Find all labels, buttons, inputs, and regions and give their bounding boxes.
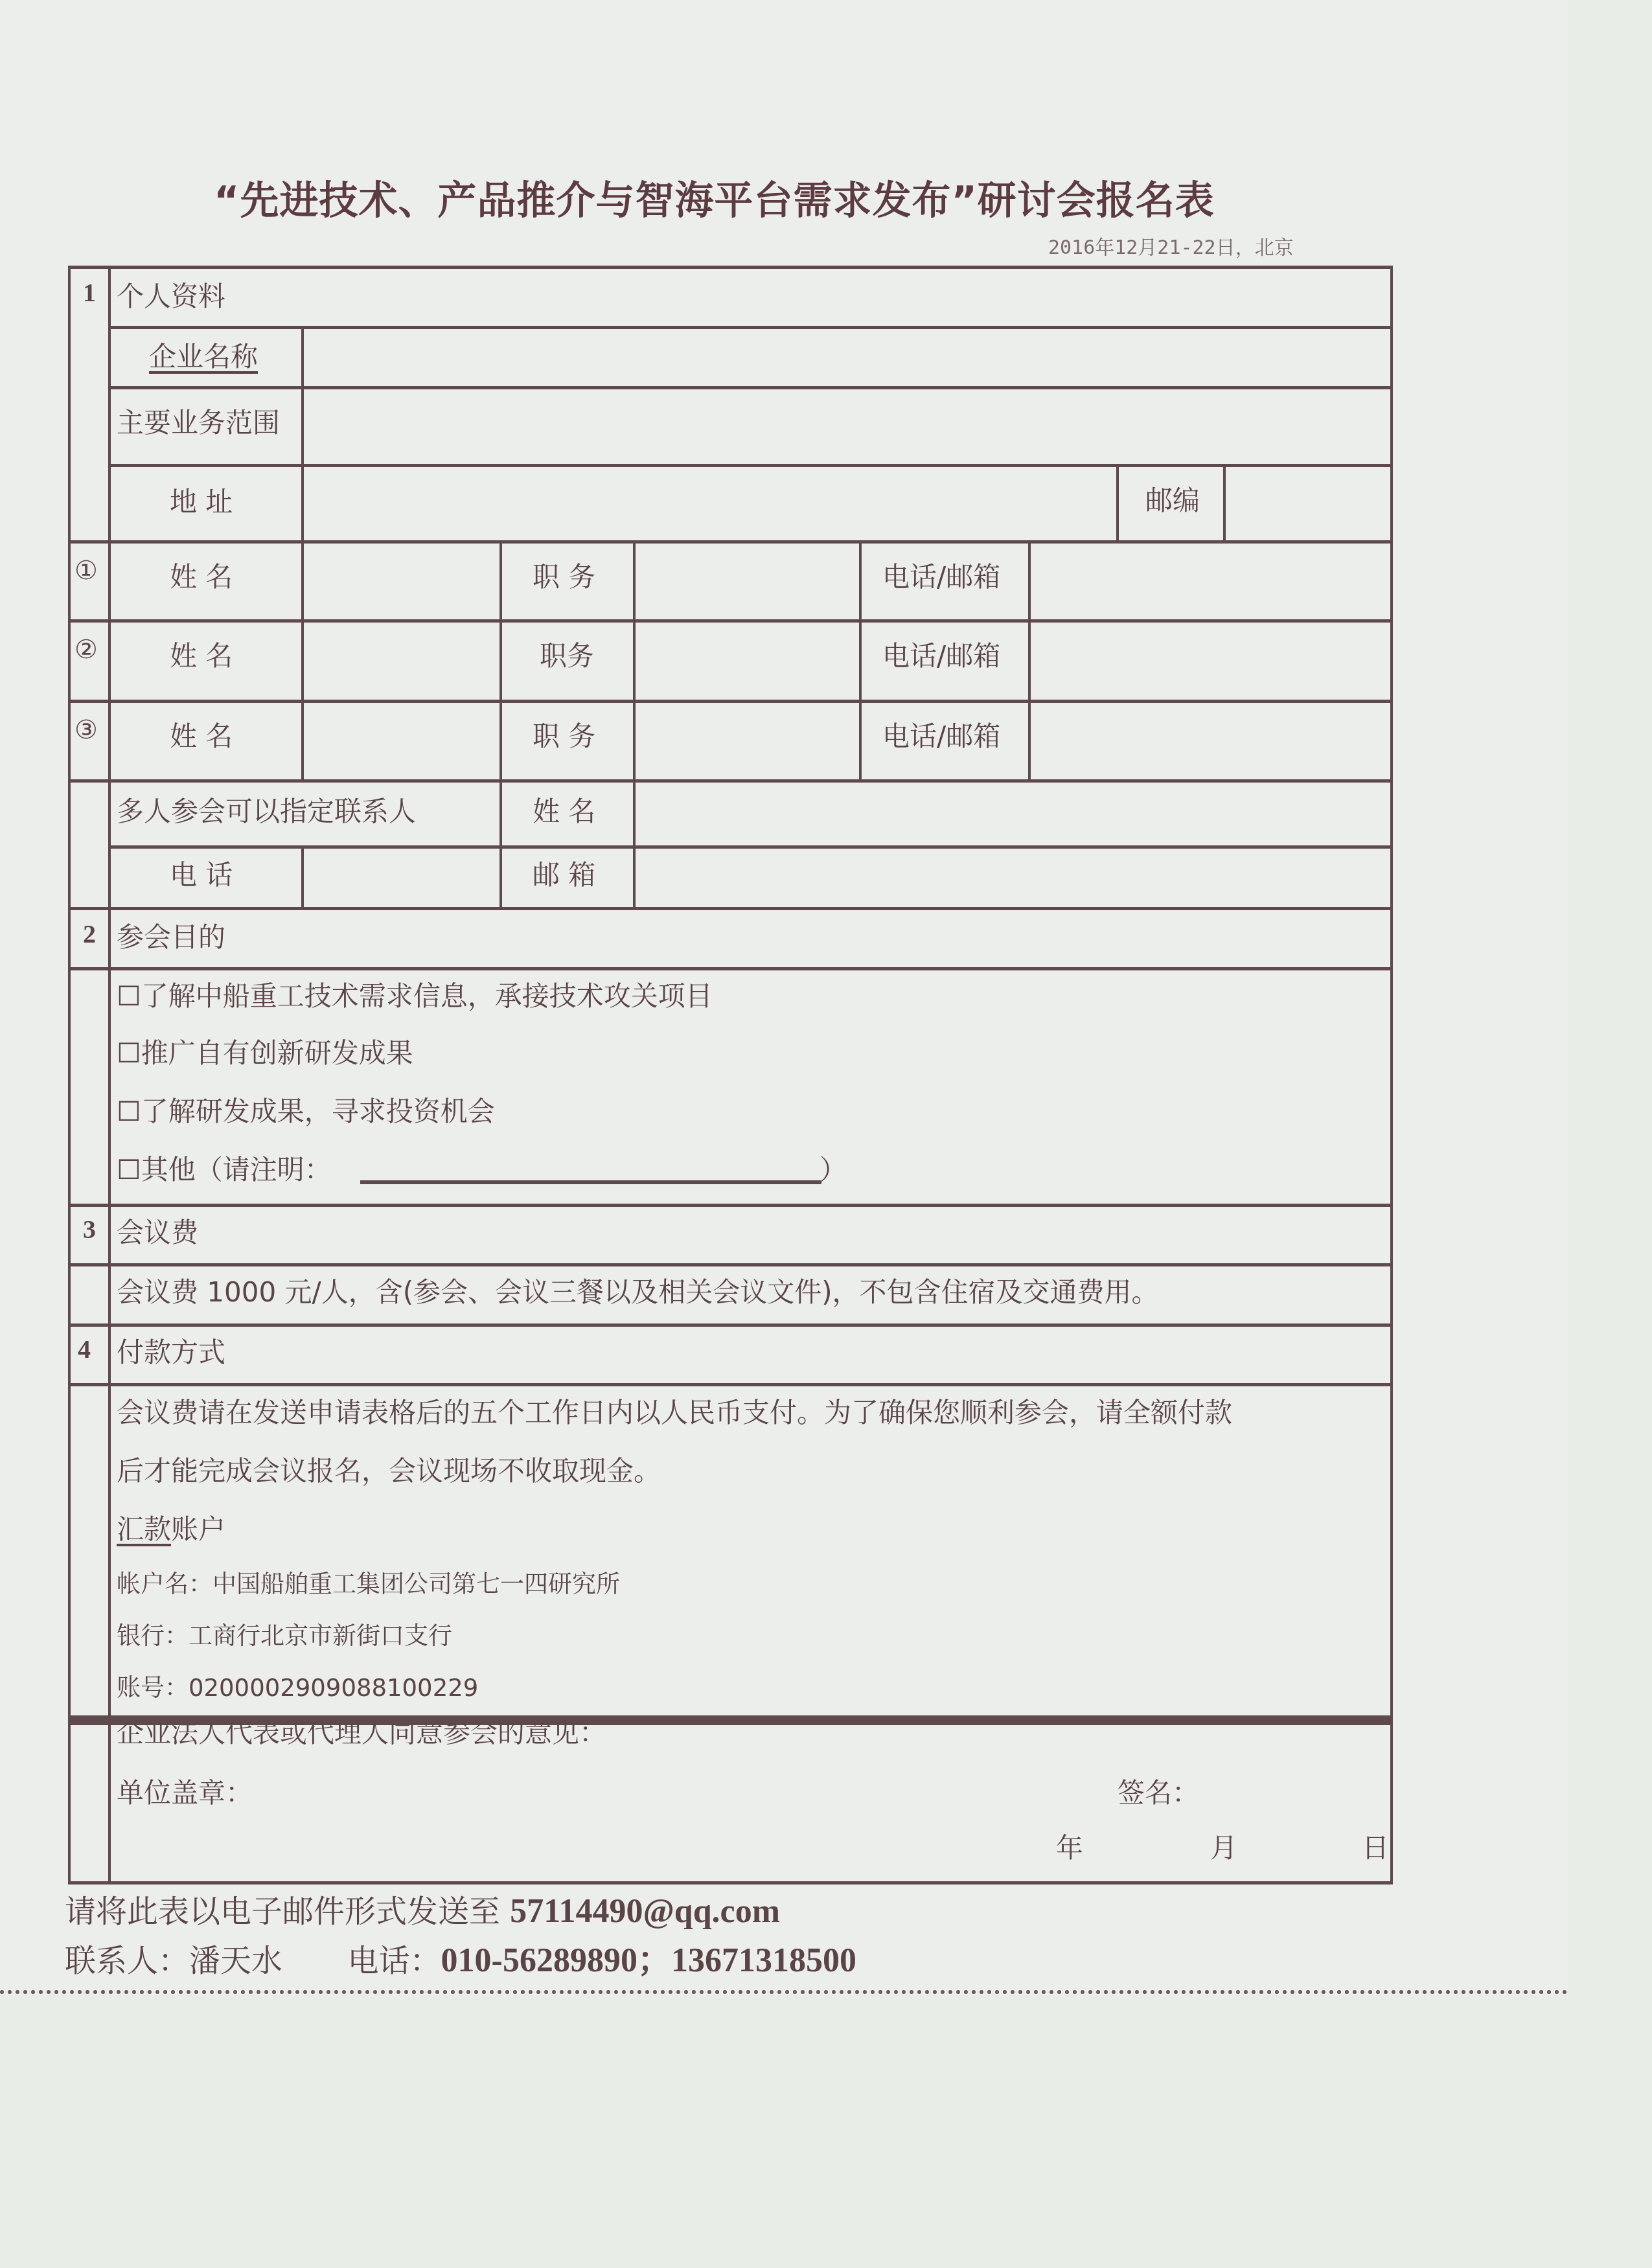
attendee-3-position-label: 职 务 (533, 715, 595, 754)
row-divider (68, 1323, 1393, 1327)
contact-line: 联系人：潘天水 电话：010-56289890；13671318500 (65, 1932, 856, 1981)
purpose-option-1[interactable]: ☐了解中船重工技术需求信息，承接技术攻关项目 (117, 975, 713, 1014)
table-bottom-border (68, 1881, 1393, 1884)
submit-instruction-text: 请将此表以电子邮件形式发送至 (65, 1894, 500, 1930)
attendee-2-marker: ② (75, 635, 98, 665)
section-3-number: 3 (83, 1214, 96, 1244)
section-3-heading: 会议费 (117, 1211, 198, 1250)
attendee-2-contact-label: 电话/邮箱 (882, 635, 1000, 674)
attendee-1-contact-field[interactable] (1031, 544, 1390, 618)
contact-phone-field[interactable] (304, 849, 499, 906)
signature-label: 签名： (1118, 1772, 1199, 1811)
contact-phones: 010-56289890；13671318500 (441, 1942, 856, 1979)
contact-phone-label: 电 话 (170, 854, 233, 893)
other-purpose-field[interactable] (360, 1180, 821, 1184)
attendee-1-name-label: 姓 名 (170, 556, 233, 595)
attendee-1-name-field[interactable] (304, 544, 499, 618)
attendee-label-divider (301, 540, 304, 779)
attendee-2-name-field[interactable] (304, 623, 499, 698)
checkbox-icon[interactable]: ☐ (117, 1037, 141, 1069)
perforation-edge (0, 1990, 1568, 1994)
attendee-1-position-field[interactable] (636, 544, 858, 618)
contact-name-field[interactable] (636, 783, 1390, 844)
postcode-field[interactable] (1226, 467, 1390, 540)
submit-email-link[interactable]: 57114490@qq.com (510, 1893, 780, 1930)
business-scope-label: 主要业务范围 (117, 402, 280, 441)
contact-name-label: 姓 名 (533, 790, 595, 829)
table-left-border (68, 266, 71, 1884)
remit-account-heading: 汇款账户 (117, 1508, 225, 1547)
attendee-1-contact-label: 电话/邮箱 (882, 556, 1000, 595)
section-2-heading: 参会目的 (117, 916, 225, 955)
payment-instructions-line-1: 会议费请在发送申请表格后的五个工作日内以人民币支付。为了确保您顺利参会，请全额付… (117, 1392, 1232, 1430)
table-top-border (68, 266, 1393, 269)
purpose-option-3[interactable]: ☐了解研发成果，寻求投资机会 (117, 1090, 495, 1129)
row-divider (68, 1383, 1393, 1386)
section-1-number: 1 (83, 277, 96, 308)
fee-description: 会议费 1000 元/人，含(参会、会议三餐以及相关会议文件)，不包含住宿及交通… (117, 1271, 1159, 1310)
number-column-divider (108, 266, 111, 1884)
attendee-2-position-label: 职务 (540, 635, 594, 674)
seal-label: 单位盖章： (117, 1772, 253, 1811)
contact-phone-divider (301, 845, 304, 907)
purpose-option-label: 其他（请注明： (141, 1154, 332, 1186)
postcode-label-left (1116, 464, 1119, 540)
attendee-3-name-field[interactable] (304, 703, 499, 778)
purpose-option-label: 推广自有创新研发成果 (141, 1037, 413, 1069)
date-month-label: 月 (1210, 1827, 1237, 1866)
company-name-field[interactable] (304, 329, 1390, 385)
purpose-option-label: 了解研发成果，寻求投资机会 (141, 1095, 495, 1127)
contact-person-note: 多人参会可以指定联系人 (117, 790, 416, 829)
purpose-option-2[interactable]: ☐推广自有创新研发成果 (117, 1032, 413, 1071)
attendee-3-marker: ③ (75, 715, 98, 745)
section-4-number: 4 (78, 1334, 91, 1364)
attendee-position-left (499, 540, 502, 910)
attendee-3-contact-label: 电话/邮箱 (882, 715, 1000, 754)
checkbox-icon[interactable]: ☐ (117, 1095, 141, 1127)
section-1-heading: 个人资料 (117, 275, 225, 314)
section-2-number: 2 (83, 919, 96, 949)
attendee-1-marker: ① (75, 556, 98, 586)
event-date-location: 2016年12月21-22日，北京 (1048, 231, 1294, 260)
attendee-3-name-label: 姓 名 (170, 715, 233, 754)
account-name: 帐户名：中国船舶重工集团公司第七一四研究所 (117, 1564, 620, 1599)
payment-instructions-line-2: 后才能完成会议报名，会议现场不收取现金。 (117, 1450, 661, 1489)
form-title: “先进技术、产品推介与智海平台需求发布”研讨会报名表 (214, 170, 1215, 225)
contact-person: 联系人：潘天水 (65, 1943, 282, 1979)
attendee-contact-left (859, 540, 862, 779)
attendee-position-right (633, 540, 636, 910)
checkbox-icon[interactable]: ☐ (117, 1154, 141, 1186)
row-divider (68, 967, 1393, 970)
attendee-contact-right (1028, 540, 1031, 779)
contact-email-field[interactable] (636, 849, 1390, 906)
business-scope-field[interactable] (304, 389, 1390, 463)
date-year-label: 年 (1056, 1827, 1083, 1866)
attendee-2-contact-field[interactable] (1031, 623, 1390, 698)
purpose-option-label: 了解中船重工技术需求信息，承接技术攻关项目 (141, 980, 713, 1012)
remit-heading-underlined: 汇款 (117, 1513, 171, 1545)
purpose-option-4[interactable]: ☐其他（请注明： (117, 1149, 332, 1187)
submit-instruction: 请将此表以电子邮件形式发送至 57114490@qq.com (65, 1886, 780, 1931)
label-column-divider (301, 326, 304, 540)
attendee-3-contact-field[interactable] (1031, 703, 1390, 778)
row-divider (68, 907, 1393, 910)
signature-field[interactable] (1199, 1765, 1386, 1804)
other-purpose-close-paren: ） (820, 1149, 847, 1187)
section-4-heading: 付款方式 (117, 1331, 225, 1370)
row-divider (68, 1263, 1393, 1266)
phone-label: 电话： (348, 1943, 441, 1979)
bank-name: 银行：工商行北京市新街口支行 (117, 1616, 452, 1651)
checkbox-icon[interactable]: ☐ (117, 980, 141, 1012)
date-day-label: 日 (1362, 1827, 1389, 1866)
attendee-2-position-field[interactable] (636, 623, 858, 698)
contact-email-label: 邮 箱 (533, 854, 595, 893)
account-number: 账号：0200002909088100229 (117, 1668, 478, 1703)
company-name-label: 企业名称 (149, 336, 258, 374)
postcode-label-right (1223, 464, 1226, 540)
attendee-3-position-field[interactable] (636, 703, 858, 778)
address-field[interactable] (304, 467, 1114, 540)
remit-heading-rest: 账户 (171, 1513, 225, 1545)
address-label: 地 址 (170, 481, 233, 520)
row-divider (68, 1204, 1393, 1207)
attendee-1-position-label: 职 务 (533, 556, 595, 595)
postcode-label: 邮编 (1145, 479, 1200, 518)
attendee-2-name-label: 姓 名 (170, 635, 233, 674)
table-right-border (1390, 266, 1393, 1884)
